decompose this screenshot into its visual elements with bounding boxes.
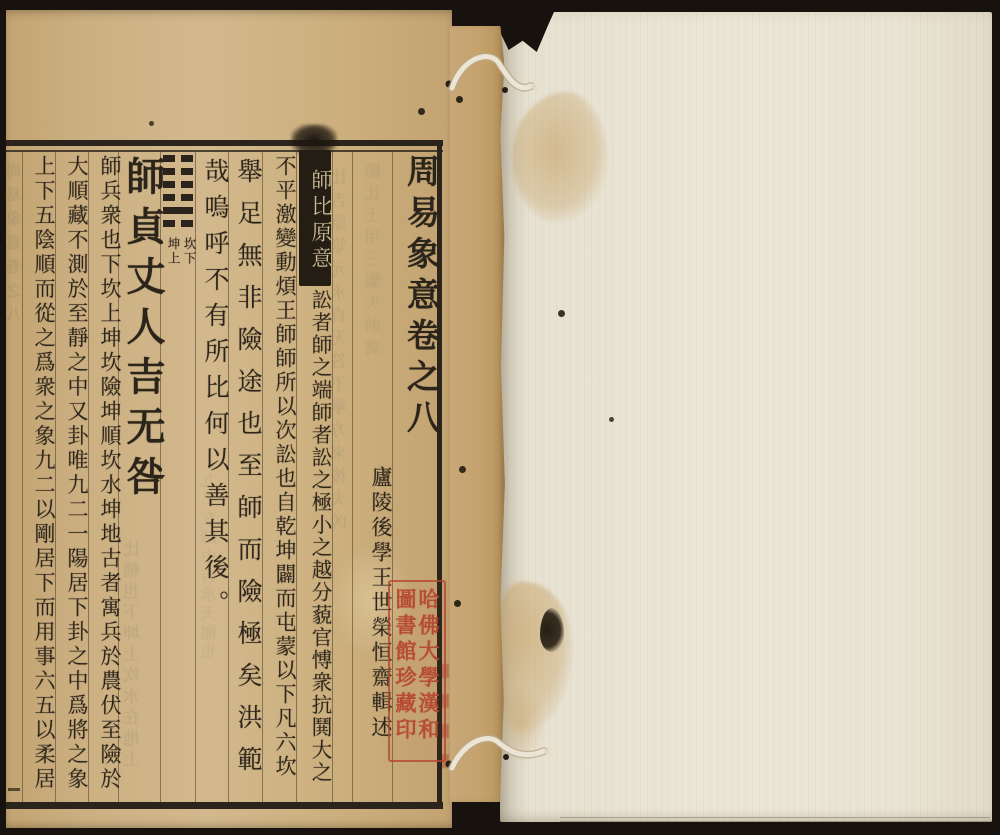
seal-text-left: 圖書館珍藏印 [395, 588, 416, 744]
hexagram-line-broken [163, 220, 193, 227]
trigram-label-kan-below: 坎下 [180, 237, 195, 293]
hexagram-statement: 師貞丈人吉无咎 [115, 156, 162, 541]
hexagram-line-segment [181, 181, 193, 188]
paper-texture [500, 12, 992, 822]
column-rule [352, 152, 353, 802]
hexagram-line-solid [163, 207, 193, 214]
ink-specks [0, 0, 3, 3]
hexagram-line-broken [163, 168, 193, 175]
gutter-margin-strip [450, 26, 506, 802]
hexagram-line-segment [181, 168, 193, 175]
frame-border-top-inner [6, 150, 443, 152]
hexagram-line-broken [163, 181, 193, 188]
author-line: 廬陵後學王世榮恒齋輯述 [354, 466, 391, 771]
exegesis-column: 師兵衆也下坎上坤坎險坤順坎水坤地古者寓兵於農伏至險於 [92, 155, 120, 807]
exegesis-column: 大順藏不測於至靜之中又卦唯九二一陽居下卦之中爲將之象 [59, 155, 87, 807]
seal-text-right: 哈佛大學漢和 [418, 588, 439, 744]
bleedthrough-text: 比輔也下坤上坎水在地上 [126, 540, 146, 796]
exegesis-column: 上下五陰順而從之爲衆之象九二以剛居下而用事六五以柔居 [26, 155, 54, 807]
library-seal: 哈佛大學漢和圖書館珍藏印 [388, 580, 446, 762]
commentary-column: 訟者師之端師者訟之極小之越分藐官愽衆抗鬨大之 [300, 289, 330, 811]
volume-title: 周易象意卷之八 [396, 154, 438, 484]
hexagram-line-segment [181, 194, 193, 201]
hexagram-line-segment [181, 220, 193, 227]
frame-border-top [6, 140, 443, 146]
hexagram-line-broken [163, 155, 193, 162]
section-header: 師比原意 [299, 150, 331, 286]
trigram-label-kun-above: 坤上 [164, 237, 179, 293]
bleedthrough-text: 顯比王用三驅失前禽 [367, 162, 386, 454]
hexagram-line-segment [181, 155, 193, 162]
bleedthrough-text: 比吉原筮元永貞无咎不寧方來後夫凶 [333, 168, 352, 708]
right-page [500, 12, 992, 822]
book-photo: 比吉原筮元永貞无咎不寧方來後夫凶 顯比王用三驅失前禽 比輔也下坤上坎水在地上 周… [0, 0, 1000, 835]
commentary-column: 哉嗚呼不有所比何以善其後。 [198, 158, 228, 658]
hexagram-line-broken [163, 194, 193, 201]
commentary-column: 舉足無非險途也至師而險極矣洪範 [231, 158, 261, 808]
bleedthrough-text: 周易象意卷之八 [7, 162, 24, 562]
commentary-column: 不平激變動煩王師師所以次訟也自乾坤闢而屯蒙以下凡六坎 [265, 155, 295, 807]
hexagram-shi-icon [163, 155, 193, 233]
